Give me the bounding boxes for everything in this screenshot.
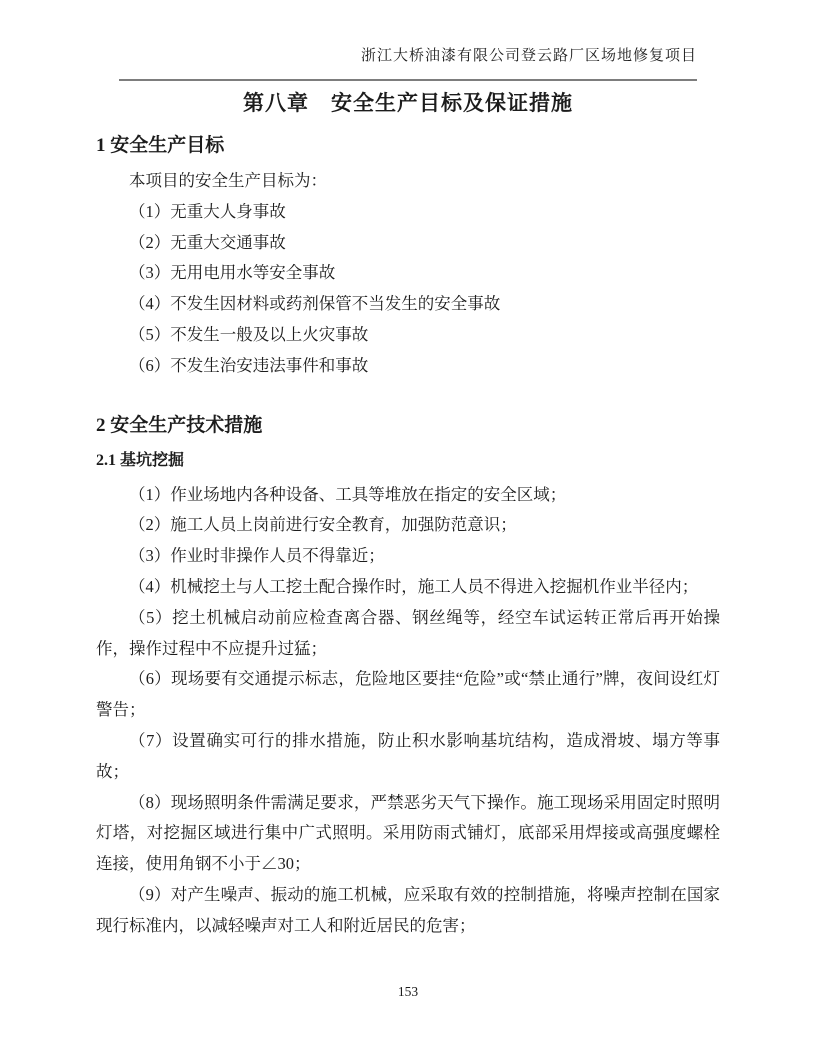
safety-goal-item: （2）无重大交通事故 xyxy=(96,228,720,259)
excavation-item: （6）现场要有交通提示标志，危险地区要挂“危险”或“禁止通行”牌，夜间设红灯警告… xyxy=(96,664,720,726)
excavation-item: （3）作业时非操作人员不得靠近； xyxy=(96,541,720,572)
document-body: 第八章 安全生产目标及保证措施 1 安全生产目标 本项目的安全生产目标为： （1… xyxy=(96,0,720,942)
chapter-title: 第八章 安全生产目标及保证措施 xyxy=(96,89,720,117)
excavation-item: （8）现场照明条件需满足要求，严禁恶劣天气下操作。施工现场采用固定时照明灯塔，对… xyxy=(96,788,720,880)
excavation-item: （7）设置确实可行的排水措施，防止积水影响基坑结构，造成滑坡、塌方等事故； xyxy=(96,726,720,788)
section1-intro: 本项目的安全生产目标为： xyxy=(96,166,720,197)
excavation-item: （5）挖土机械启动前应检查离合器、钢丝绳等，经空车试运转正常后再开始操作，操作过… xyxy=(96,603,720,665)
safety-goal-item: （3）无用电用水等安全事故 xyxy=(96,258,720,289)
safety-goal-item: （1）无重大人身事故 xyxy=(96,197,720,228)
excavation-item: （2）施工人员上岗前进行安全教育，加强防范意识； xyxy=(96,510,720,541)
excavation-item: （4）机械挖土与人工挖土配合操作时，施工人员不得进入挖掘机作业半径内； xyxy=(96,572,720,603)
section1-heading: 1 安全生产目标 xyxy=(96,133,720,159)
safety-goal-item: （6）不发生治安违法事件和事故 xyxy=(96,351,720,382)
section2-1-heading: 2.1 基坑挖掘 xyxy=(96,449,720,472)
document-page: 浙江大桥油漆有限公司登云路厂区场地修复项目 第八章 安全生产目标及保证措施 1 … xyxy=(0,0,816,1056)
safety-goal-item: （4）不发生因材料或药剂保管不当发生的安全事故 xyxy=(96,289,720,320)
page-number: 153 xyxy=(0,983,816,1001)
excavation-item: （1）作业场地内各种设备、工具等堆放在指定的安全区域； xyxy=(96,480,720,511)
section2-heading: 2 安全生产技术措施 xyxy=(96,413,720,439)
excavation-item: （9）对产生噪声、振动的施工机械，应采取有效的控制措施，将噪声控制在国家现行标准… xyxy=(96,880,720,942)
safety-goal-item: （5）不发生一般及以上火灾事故 xyxy=(96,320,720,351)
